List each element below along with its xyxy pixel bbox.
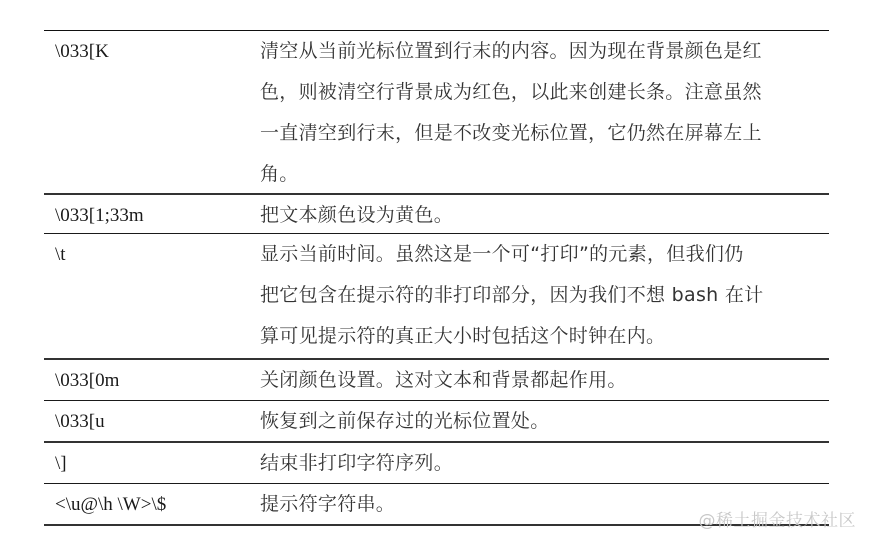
- table-row: \033[1;33m 把文本颜色设为黄色。: [44, 193, 829, 233]
- description-cell: 清空从当前光标位置到行末的内容。因为现在背景颜色是红 色，则被清空行背景成为红色…: [260, 31, 829, 195]
- description-cell: 把文本颜色设为黄色。: [260, 195, 829, 236]
- table-row: \033[u 恢复到之前保存过的光标位置处。: [44, 400, 829, 441]
- description-line: 把它包含在提示符的非打印部分，因为我们不想 bash 在计: [260, 275, 823, 316]
- code-cell: \t: [44, 234, 260, 275]
- description-line: 清空从当前光标位置到行末的内容。因为现在背景颜色是红: [260, 31, 823, 72]
- description-line: 角。: [260, 154, 823, 195]
- description-line: 把文本颜色设为黄色。: [260, 195, 823, 236]
- watermark: @稀土掘金技术社区: [699, 506, 857, 531]
- description-line: 显示当前时间。虽然这是一个可“打印”的元素，但我们仍: [260, 234, 823, 275]
- description-line: 一直清空到行末，但是不改变光标位置，它仍然在屏幕左上: [260, 113, 823, 154]
- table-row: \033[K 清空从当前光标位置到行末的内容。因为现在背景颜色是红 色，则被清空…: [44, 30, 829, 193]
- table-row: \033[0m 关闭颜色设置。这对文本和背景都起作用。: [44, 358, 829, 400]
- description-line: 结束非打印字符序列。: [260, 443, 823, 484]
- table-row: \t 显示当前时间。虽然这是一个可“打印”的元素，但我们仍 把它包含在提示符的非…: [44, 233, 829, 358]
- description-cell: 关闭颜色设置。这对文本和背景都起作用。: [260, 360, 829, 401]
- code-cell: \033[0m: [44, 360, 260, 401]
- description-cell: 显示当前时间。虽然这是一个可“打印”的元素，但我们仍 把它包含在提示符的非打印部…: [260, 234, 829, 357]
- code-cell: \033[1;33m: [44, 195, 260, 236]
- description-line: 色，则被清空行背景成为红色，以此来创建长条。注意虽然: [260, 72, 823, 113]
- description-cell: 结束非打印字符序列。: [260, 443, 829, 484]
- code-cell: \033[K: [44, 31, 260, 72]
- description-line: 恢复到之前保存过的光标位置处。: [260, 401, 823, 442]
- escape-sequence-table: \033[K 清空从当前光标位置到行末的内容。因为现在背景颜色是红 色，则被清空…: [44, 30, 829, 526]
- description-line: 关闭颜色设置。这对文本和背景都起作用。: [260, 360, 823, 401]
- description-cell: 恢复到之前保存过的光标位置处。: [260, 401, 829, 442]
- table-row: \] 结束非打印字符序列。: [44, 441, 829, 483]
- description-line: 算可见提示符的真正大小时包括这个时钟在内。: [260, 316, 823, 357]
- code-cell: <\u@\h \W>\$: [44, 484, 260, 525]
- code-cell: \033[u: [44, 401, 260, 442]
- code-cell: \]: [44, 443, 260, 484]
